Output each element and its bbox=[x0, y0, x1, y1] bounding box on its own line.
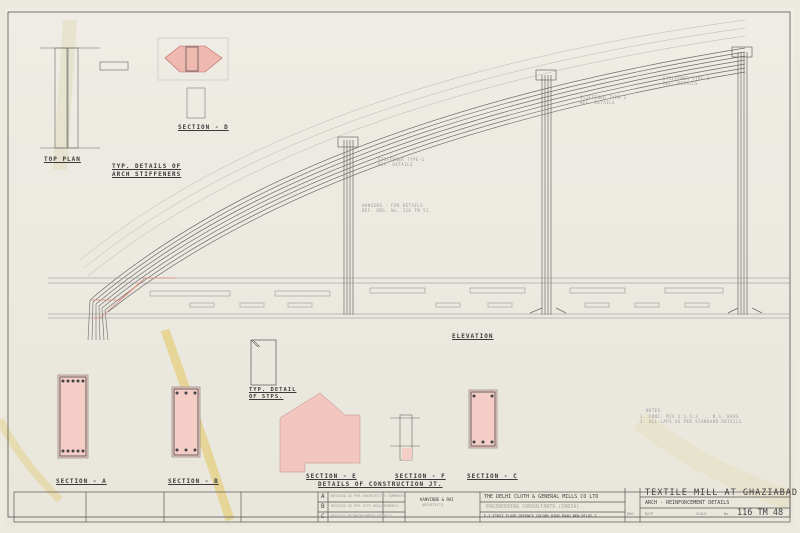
section-b-fill bbox=[172, 387, 200, 457]
revision-text: REVISED AS PER SITE REQUIREMENTS bbox=[331, 504, 398, 508]
revision-letter: C bbox=[321, 513, 325, 520]
drg-label: DRG. bbox=[627, 512, 635, 516]
hanger-note-sub: REF. DRG. No. 116 TM 51 bbox=[362, 208, 429, 213]
notes-heading: NOTES bbox=[646, 408, 661, 413]
arch-stiffeners-label-2: ARCH STIFFENERS bbox=[112, 171, 181, 178]
stiffener-type1-sub: REF. DETAILS bbox=[378, 162, 413, 167]
notes-line-2: 2. ALL LAPS AS PER STANDARD DETAILS bbox=[640, 419, 742, 424]
arch-stiffeners-label-1: TYP. DETAILS OF bbox=[112, 163, 181, 170]
consultant-address: E-2 FIRST FLOOR DEFENCE COLONY RING ROAD… bbox=[484, 514, 597, 518]
arch-rebar bbox=[90, 48, 745, 312]
project-title: TEXTILE MILL AT GHAZIABAD bbox=[645, 488, 798, 498]
elevation-label: ELEVATION bbox=[452, 333, 494, 340]
stiffener-type3-sub: REF. DETAILS bbox=[663, 81, 698, 86]
stiffener-type2-sub: REF. DETAILS bbox=[580, 100, 615, 105]
revision-text: REVISED REINFORCEMENT DETAILS bbox=[331, 514, 392, 518]
section-c-fill bbox=[469, 390, 497, 448]
scale-label: SCALE bbox=[696, 512, 707, 516]
stirrup-label-2: OF STPS. bbox=[249, 394, 284, 400]
sheet-title: ARCH - REINFORCEMENT DETAILS bbox=[645, 500, 729, 506]
drawing-number: 116 TM 48 bbox=[737, 508, 783, 518]
section-b-label: SECTION - B bbox=[168, 478, 219, 485]
top-plan-label: TOP PLAN bbox=[44, 156, 81, 163]
stirrup-detail bbox=[251, 340, 276, 385]
date-label: DATE bbox=[645, 512, 653, 516]
section-d-fill bbox=[165, 46, 222, 72]
architect-sub: ARCHITECTS bbox=[422, 503, 443, 507]
stirrup-label-1: TYP. DETAIL bbox=[249, 387, 296, 393]
section-a-fill bbox=[58, 375, 88, 458]
top-plan-drawing bbox=[40, 48, 128, 148]
revision-text: REVISED AS PER ARCHITECT'S COMMENTS bbox=[331, 494, 405, 498]
tie-beam bbox=[48, 278, 790, 318]
section-e-fill bbox=[280, 393, 360, 472]
drawing-sheet: TOP PLAN TYP. DETAILS OF ARCH STIFFENERS… bbox=[0, 0, 800, 533]
section-a-label: SECTION - A bbox=[56, 478, 107, 485]
revision-letter: A bbox=[321, 493, 325, 500]
consultant-name: ENGINEERING CONSULTANTS (INDIA) bbox=[486, 504, 579, 510]
architect-name: KANVINDE & RAI bbox=[420, 497, 454, 502]
drawing-number-prefix: No. bbox=[724, 512, 730, 516]
construction-joint-label: DETAILS OF CONSTRUCTION JT. bbox=[318, 481, 443, 488]
section-d-label: SECTION - D bbox=[178, 124, 229, 131]
client-name: THE DELHI CLOTH & GENERAL MILLS CO LTD bbox=[484, 494, 598, 500]
revision-letter: B bbox=[321, 503, 325, 510]
section-c-label: SECTION - C bbox=[467, 473, 518, 480]
section-e-label: SECTION - E bbox=[306, 473, 357, 480]
section-f-label: SECTION - F bbox=[395, 473, 446, 480]
